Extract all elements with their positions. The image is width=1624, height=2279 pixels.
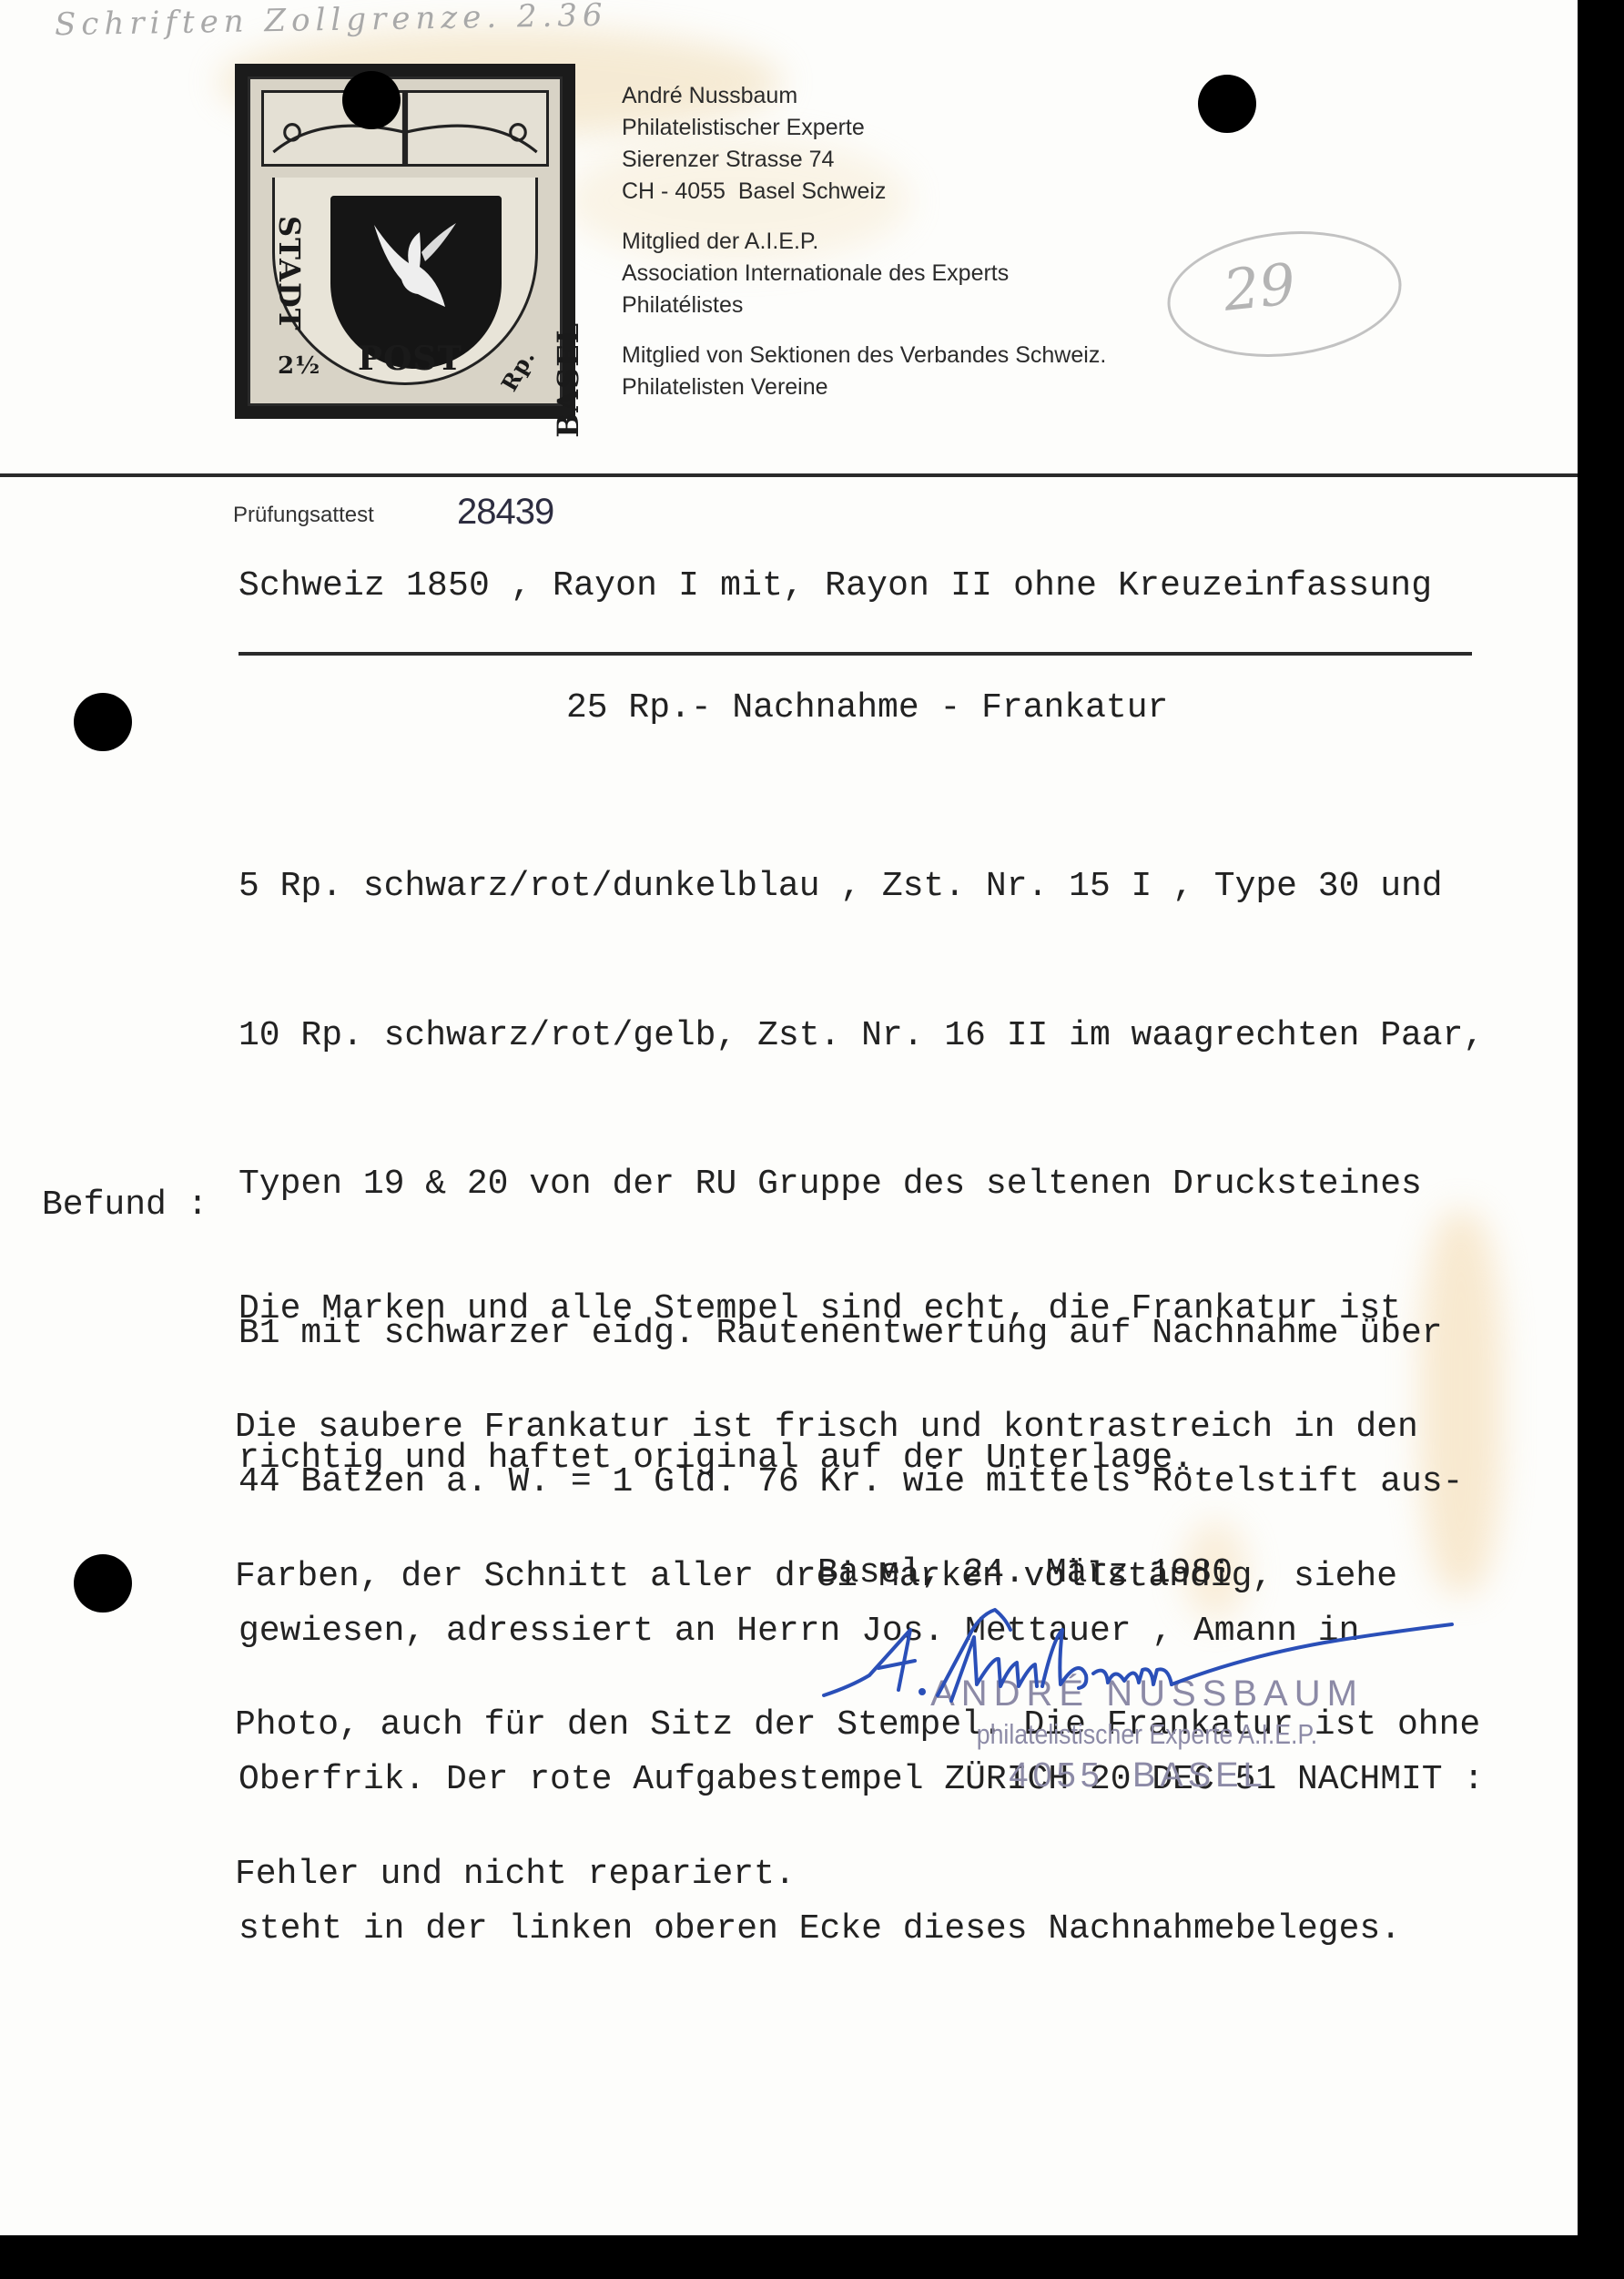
expert-title: Philatelistischer Experte [622,112,1106,144]
section-heading: 25 Rp.- Nachnahme - Frankatur [566,688,1168,727]
punch-hole-icon [342,71,401,129]
date-line: Basel, 24. März 1980 [817,1553,1233,1592]
condition-line: Fehler und nicht repariert. [235,1850,1480,1900]
befund-label: Befund : [42,1185,208,1225]
handwritten-signature-icon [815,1602,1470,1739]
circled-pencil-number: 29 [1162,220,1408,368]
aiep-membership: Mitglied der A.I.E.P. [622,226,1106,258]
ornament-icon [264,93,546,164]
subject-divider [239,652,1472,656]
aiep-full-name: Association Internationale des Experts [622,258,1106,290]
header-divider [0,473,1578,477]
stamp-value: 2½ [278,352,320,380]
letterhead-aiep: Mitglied der A.I.E.P. Association Intern… [622,226,1106,321]
circled-number-text: 29 [1220,250,1298,324]
section-membership-cont: Philatelisten Vereine [622,371,1106,403]
stamp-text-left: STADT [272,216,307,331]
expert-name: André Nussbaum [622,80,1106,112]
stamp-text-bottom: POST [358,340,462,378]
dove-icon [365,216,465,325]
condition-line: Die saubere Frankatur ist frisch und kon… [235,1403,1480,1453]
punch-hole-icon [1198,75,1256,133]
description-line: 10 Rp. schwarz/rot/gelb, Zst. Nr. 16 II … [239,1012,1484,1062]
punch-hole-icon [74,1554,132,1613]
certificate-page: Schriften Zollgrenze. 2.36 STADT POST BA… [0,0,1578,2235]
stamp-text-right: BASEL [551,322,585,438]
basel-dove-stamp-image: STADT POST BASEL 2½ Rp. [235,64,575,419]
street-address: Sierenzer Strasse 74 [622,144,1106,176]
stamp-unit: Rp. [495,344,540,395]
letterhead-sections: Mitglied von Sektionen des Verbandes Sch… [622,340,1106,403]
subject-line: Schweiz 1850 , Rayon I mit, Rayon II ohn… [239,566,1432,605]
city-address: CH - 4055 Basel Schweiz [622,176,1106,208]
certificate-number: 28439 [457,492,553,533]
description-line: 5 Rp. schwarz/rot/dunkelblau , Zst. Nr. … [239,862,1484,912]
stamp-frame: STADT POST BASEL 2½ Rp. [248,76,563,406]
aiep-full-name-cont: Philatélistes [622,290,1106,321]
letterhead-address: André Nussbaum Philatelistischer Experte… [622,80,1106,208]
rubber-stamp-city: 4055 BASEL [856,1756,1420,1796]
stamp-top-ornament [261,90,549,167]
section-membership: Mitglied von Sektionen des Verbandes Sch… [622,340,1106,371]
certificate-label: Prüfungsattest [233,503,374,528]
punch-hole-icon [74,693,132,751]
letterhead: André Nussbaum Philatelistischer Experte… [622,80,1106,422]
